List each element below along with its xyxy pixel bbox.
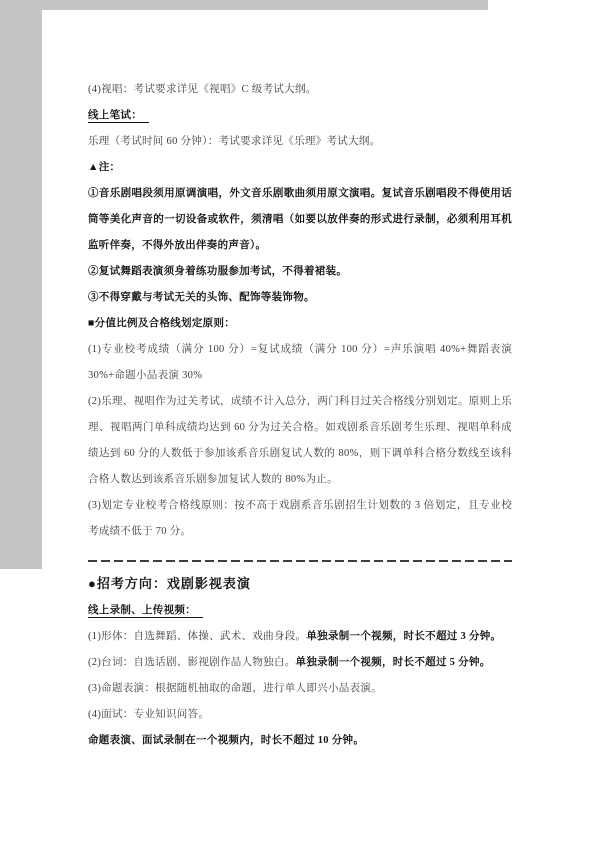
online-recording-upload-label: 线上录制、上传视频： (88, 605, 203, 618)
item-monologue-lines-requirement: 单独录制一个视频，时长不超过 5 分钟。 (296, 657, 491, 668)
heading-score-ratio-principles: ■分值比例及合格线划定原则： (88, 311, 512, 337)
paragraph-music-theory: 乐理（考试时间 60 分钟）：考试要求详见《乐理》考试大纲。 (88, 129, 512, 155)
heading-online-written-test: 线上笔试： (88, 103, 512, 129)
item-monologue-lines-text: (2)台词：自选话剧、影视剧作品人物独白。 (88, 657, 296, 668)
item-body-movement-requirement: 单独录制一个视频，时长不超过 3 分钟。 (306, 631, 501, 642)
rule-qualification-line: (3)划定专业校考合格线原则：按不高于戏剧系音乐剧招生计划数的 3 倍划定，且专… (88, 493, 512, 545)
online-written-test-label: 线上笔试： (88, 110, 149, 123)
viewer-canvas-left-strip (0, 0, 42, 569)
note-dance-dress-code: ②复试舞蹈表演须身着练功服参加考试，不得着裙装。 (88, 259, 512, 285)
heading-online-recording-upload: 线上录制、上传视频： (88, 598, 512, 624)
paragraph-sight-singing: (4)视唱：考试要求详见《视唱》C 级考试大纲。 (88, 77, 512, 103)
item-themed-improvisation-text: (3)命题表演：根据随机抽取的命题，进行单人即兴小品表演。 (88, 683, 382, 694)
footer-combined-video-note: 命题表演、面试录制在一个视频内，时长不超过 10 分钟。 (88, 728, 512, 754)
item-themed-improvisation: (3)命题表演：根据随机抽取的命题，进行单人即兴小品表演。 (88, 676, 512, 702)
item-body-movement: (1)形体：自选舞蹈、体操、武术、戏曲身段。单独录制一个视频，时长不超过 3 分… (88, 624, 512, 650)
item-interview-text: (4)面试：专业知识问答。 (88, 709, 209, 720)
item-monologue-lines: (2)台词：自选话剧、影视剧作品人物独白。单独录制一个视频，时长不超过 5 分钟… (88, 650, 512, 676)
heading-notes: ▲注： (88, 155, 512, 181)
heading-admission-direction: ●招考方向：戏剧影视表演 (88, 570, 512, 598)
note-no-accessories: ③不得穿戴与考试无关的头饰、配饰等装饰物。 (88, 285, 512, 311)
viewer-canvas-top-strip (0, 0, 488, 10)
rule-score-composition: (1)专业校考成绩（满分 100 分）=复试成绩（满分 100 分）=声乐演唱 … (88, 337, 512, 389)
item-interview: (4)面试：专业知识问答。 (88, 702, 512, 728)
item-body-movement-text: (1)形体：自选舞蹈、体操、武术、戏曲身段。 (88, 631, 306, 642)
rule-pass-line-theory-sightsinging: (2)乐理、视唱作为过关考试，成绩不计入总分，两门科目过关合格线分别划定。原则上… (88, 389, 512, 493)
document-page-content: (4)视唱：考试要求详见《视唱》C 级考试大纲。 线上笔试： 乐理（考试时间 6… (88, 77, 512, 754)
dashed-separator (88, 560, 512, 562)
note-original-key-singing: ①音乐剧唱段须用原调演唱，外文音乐剧歌曲须用原文演唱。复试音乐剧唱段不得使用话筒… (88, 181, 512, 259)
